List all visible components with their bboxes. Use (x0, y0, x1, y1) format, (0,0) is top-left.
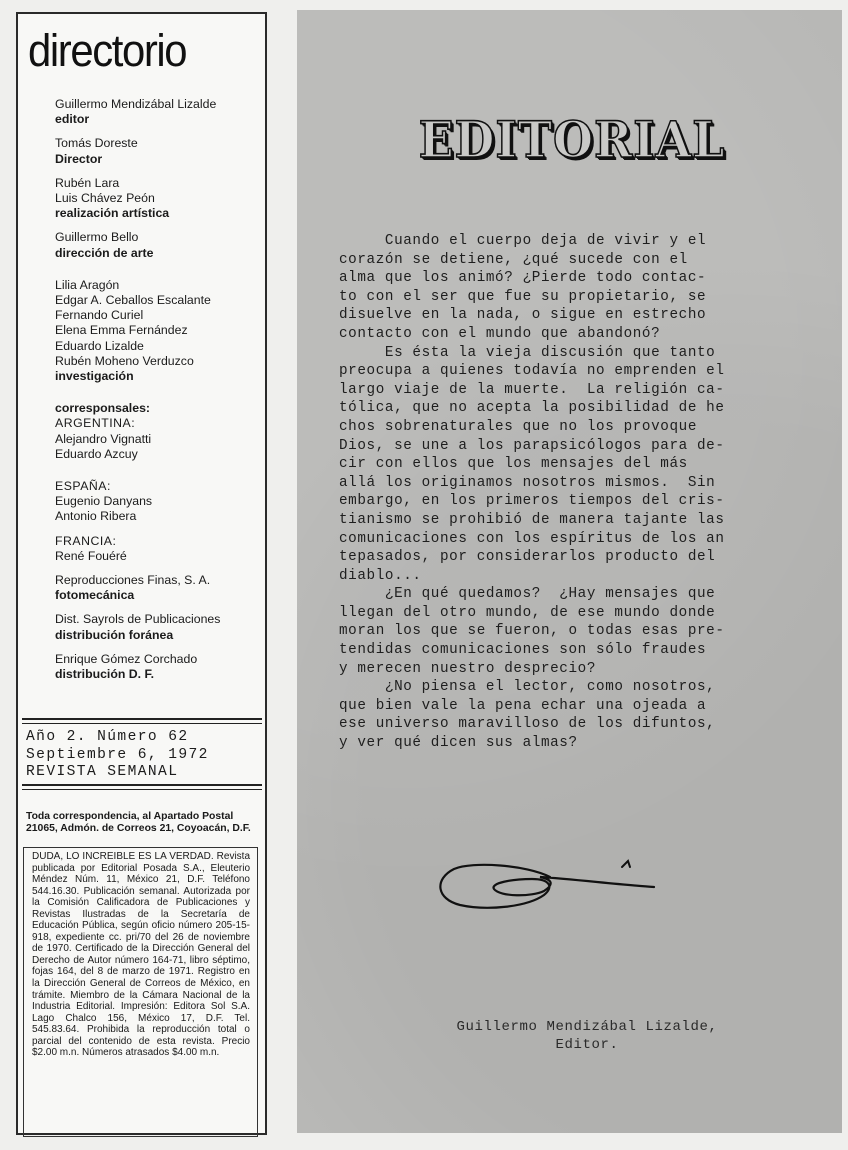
issue-frequency: REVISTA SEMANAL (26, 764, 258, 782)
staff-role: investigación (55, 369, 265, 384)
staff-name: Lilia Aragón (55, 278, 265, 293)
editorial-line: moran los que se fueron, o todas esas pr… (339, 622, 839, 641)
editorial-line: disuelve en la nada, o sigue en estrecho (339, 306, 839, 325)
legal-text: DUDA, LO INCREIBLE ES LA VERDAD. Revista… (32, 851, 250, 1059)
signature-name: Guillermo Mendizábal Lizalde, (387, 1018, 787, 1036)
staff-name: Luis Chávez Peón (55, 191, 265, 206)
country-label: FRANCIA: (55, 534, 265, 549)
service-name: Enrique Gómez Corchado (55, 652, 265, 667)
staff-name: Eduardo Lizalde (55, 339, 265, 354)
editorial-line: alma que los animó? ¿Pierde todo contac- (339, 269, 839, 288)
staff-name: René Fouéré (55, 549, 265, 564)
editorial-line: y merecen nuestro desprecio? (339, 660, 839, 679)
staff-group-art-direction: Guillermo Bello dirección de arte (55, 230, 265, 260)
editorial-line: allá los originamos nosotros mismos. Sin (339, 474, 839, 493)
staff-group-research: Lilia Aragón Edgar A. Ceballos Escalante… (55, 278, 265, 384)
editorial-panel: EDITORIAL Cuando el cuerpo deja de vivir… (297, 10, 842, 1133)
staff-name: Eduardo Azcuy (55, 447, 265, 462)
editorial-line: tepasados, por considerarlos producto de… (339, 548, 839, 567)
staff-role: editor (55, 112, 265, 127)
service-role: distribución D. F. (55, 667, 265, 682)
editorial-line: diablo... (339, 567, 839, 586)
staff-role: dirección de arte (55, 246, 265, 261)
signature-block: Guillermo Mendizábal Lizalde, Editor. (387, 1018, 787, 1054)
correspondence-address: Toda correspondencia, al Apartado Postal… (26, 811, 264, 836)
editorial-line: llegan del otro mundo, de ese mundo dond… (339, 604, 839, 623)
service-name: Reproducciones Finas, S. A. (55, 573, 265, 588)
issue-info: Año 2. Número 62 Septiembre 6, 1972 REVI… (22, 718, 262, 790)
editorial-line: Es ésta la vieja discusión que tanto (339, 344, 839, 363)
staff-name: Guillermo Bello (55, 230, 265, 245)
staff-name: Fernando Curiel (55, 308, 265, 323)
staff-name: Rubén Lara (55, 176, 265, 191)
service-photomechanics: Reproducciones Finas, S. A. fotomecánica (55, 573, 265, 603)
editorial-line: contacto con el mundo que abandonó? (339, 325, 839, 344)
staff-group-editor: Guillermo Mendizábal Lizalde editor (55, 97, 265, 127)
directory-title: directorio (28, 28, 186, 73)
editorial-line: ese universo maravilloso de los difuntos… (339, 715, 839, 734)
editorial-line: embargo, en los primeros tiempos del cri… (339, 492, 839, 511)
signature-title: Editor. (387, 1036, 787, 1054)
editorial-line: comunicaciones con los espíritus de los … (339, 530, 839, 549)
staff-group-director: Tomás Doreste Director (55, 136, 265, 166)
issue-number: Año 2. Número 62 (26, 729, 258, 747)
staff-name: Eugenio Danyans (55, 494, 265, 509)
staff-name: Antonio Ribera (55, 509, 265, 524)
editorial-line: chos sobrenaturales que no los provoque (339, 418, 839, 437)
editorial-line: tianismo se prohibió de manera tajante l… (339, 511, 839, 530)
service-foreign-distribution: Dist. Sayrols de Publicaciones distribuc… (55, 612, 265, 642)
issue-lines: Año 2. Número 62 Septiembre 6, 1972 REVI… (22, 724, 262, 784)
editorial-line: largo viaje de la muerte. La religión ca… (339, 381, 839, 400)
correspondents-heading: corresponsales: (55, 401, 265, 416)
staff-name: Tomás Doreste (55, 136, 265, 151)
issue-date: Septiembre 6, 1972 (26, 747, 258, 765)
editorial-line: ¿No piensa el lector, como nosotros, (339, 678, 839, 697)
correspondents-argentina: corresponsales: ARGENTINA: Alejandro Vig… (55, 401, 265, 462)
directory-panel: directorio Guillermo Mendizábal Lizalde … (16, 12, 267, 1135)
correspondents-france: FRANCIA: René Fouéré (55, 534, 265, 564)
editorial-line: y ver qué dicen sus almas? (339, 734, 839, 753)
service-role: fotomecánica (55, 588, 265, 603)
staff-name: Rubén Moheno Verduzco (55, 354, 265, 369)
staff-group-artistic: Rubén Lara Luis Chávez Peón realización … (55, 176, 265, 222)
staff-name: Elena Emma Fernández (55, 323, 265, 338)
country-label: ESPAÑA: (55, 479, 265, 494)
divider (22, 784, 262, 790)
staff-name: Guillermo Mendizábal Lizalde (55, 97, 265, 112)
editorial-line: tendidas comunicaciones son sólo fraudes (339, 641, 839, 660)
country-label: ARGENTINA: (55, 416, 265, 431)
editorial-line: ¿En qué quedamos? ¿Hay mensajes que (339, 585, 839, 604)
legal-notice: DUDA, LO INCREIBLE ES LA VERDAD. Revista… (23, 847, 258, 1137)
signature-icon (432, 855, 692, 925)
staff-name: Alejandro Vignatti (55, 432, 265, 447)
editorial-line: Cuando el cuerpo deja de vivir y el (339, 232, 839, 251)
staff-role: Director (55, 152, 265, 167)
editorial-line: que bien vale la pena echar una ojeada a (339, 697, 839, 716)
editorial-line: cir con ellos que los mensajes del más (339, 455, 839, 474)
service-name: Dist. Sayrols de Publicaciones (55, 612, 265, 627)
service-df-distribution: Enrique Gómez Corchado distribución D. F… (55, 652, 265, 682)
editorial-body: Cuando el cuerpo deja de vivir y elcoraz… (339, 232, 839, 753)
editorial-line: corazón se detiene, ¿qué sucede con el (339, 251, 839, 270)
editorial-title: EDITORIAL (406, 115, 737, 165)
correspondents-spain: ESPAÑA: Eugenio Danyans Antonio Ribera (55, 479, 265, 525)
staff-name: Edgar A. Ceballos Escalante (55, 293, 265, 308)
editorial-line: tólica, que no acepta la posibilidad de … (339, 399, 839, 418)
staff-list: Guillermo Mendizábal Lizalde editor Tomá… (55, 97, 265, 691)
editorial-line: to con el ser que fue su propietario, se (339, 288, 839, 307)
editorial-line: preocupa a quienes todavía no emprenden … (339, 362, 839, 381)
service-role: distribución foránea (55, 628, 265, 643)
editorial-line: Dios, se une a los parapsicólogos para d… (339, 437, 839, 456)
staff-role: realización artística (55, 206, 265, 221)
